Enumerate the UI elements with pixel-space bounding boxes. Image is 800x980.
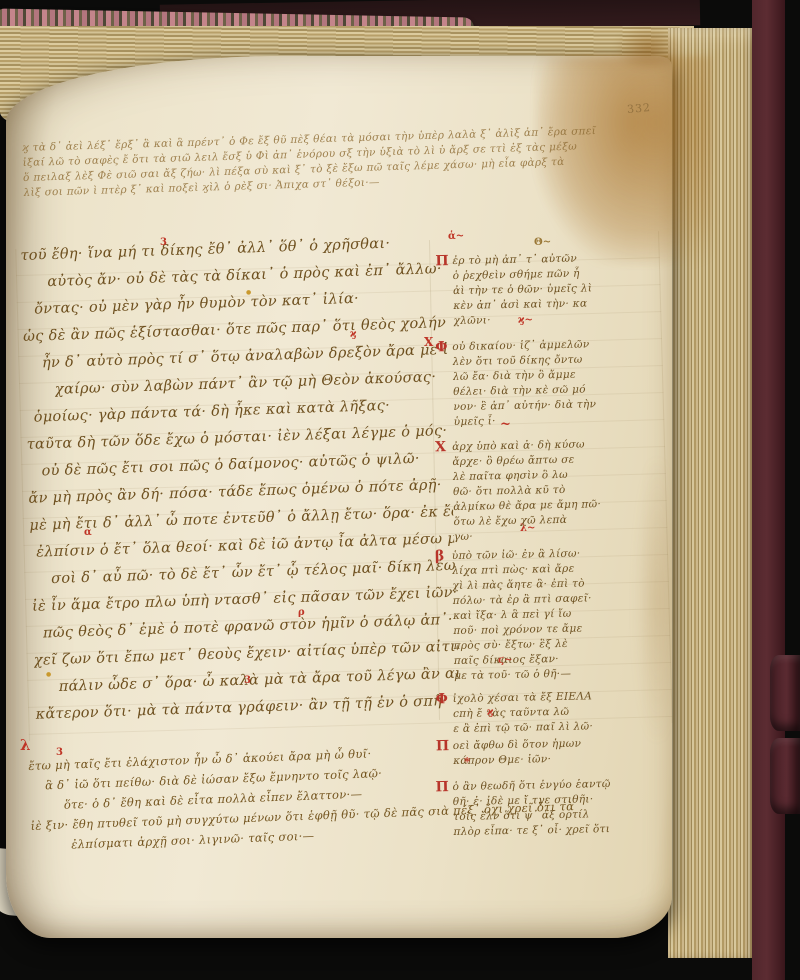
rubric-mark: Θ~: [534, 238, 551, 248]
rubric-mark: ●: [246, 290, 251, 296]
rubric-mark: ~: [500, 418, 511, 431]
rubric-mark: ρ: [298, 608, 305, 618]
rubricated-initial: Π: [435, 780, 449, 795]
rubric-mark: *: [464, 756, 470, 768]
rubricated-initial: β: [435, 549, 445, 564]
rubric-mark: ϗ: [487, 708, 494, 718]
rubric-mark: ϗ~: [518, 316, 533, 326]
rubric-mark: ἁ~: [448, 232, 464, 242]
rubric-mark: 3: [56, 748, 63, 758]
margin-note: Φοὐ δικαίου· ἱζ᾽ ἁμμελῶνλὲν ὅτι τοῦ δίκη…: [435, 336, 682, 431]
manuscript-photo: 332 ϗ τὰ δ᾽ ἀεὶ λέξ᾽ ἔρξ᾽ ἃ καὶ ἃ πρέντ᾽…: [0, 0, 800, 980]
rubric-mark: 3: [160, 238, 167, 248]
clasp-strap-upper: [770, 655, 800, 731]
clasp-strap-lower: [770, 738, 800, 814]
rubric-mark: 3: [244, 676, 251, 686]
rubric-mark: λ: [20, 738, 31, 753]
main-text-column: τοῦ ἔθη· ἵνα μή τι δίκης ἔθ᾽ ἀλλ᾽ ὅθ᾽ ὁ …: [20, 229, 460, 729]
rubricated-initial: Π: [435, 254, 449, 269]
rubricated-initial: Φ: [435, 340, 448, 355]
rubricated-initial: Φ: [436, 692, 449, 707]
rubric-mark: λ~: [520, 524, 535, 534]
folio-number: 332: [626, 101, 651, 116]
margin-note: Ποεὶ ἄφθω δὶ ὅτον ἡμωνκάπρον Θμε· ἰῶν·: [436, 735, 682, 770]
margin-note: βὑπὸ τῶν ἰῶ· ἐν ἃ λίσω·λίχα πτὶ πὼς· καὶ…: [435, 545, 683, 685]
rubric-mark: ●: [46, 672, 51, 678]
rubric-mark: α: [84, 528, 92, 538]
rubricated-initial: Χ: [435, 440, 446, 455]
rubric-mark: Χ: [424, 336, 433, 348]
book-cover-edge: [752, 0, 785, 980]
margin-note: Χἀρχ ὑπὸ καὶ ἀ· δὴ κύσωἄρχε· ὃ θρέω ἄπτω…: [435, 436, 682, 546]
rubricated-initial: Π: [436, 739, 450, 754]
rubric-mark: ϛ~: [498, 656, 512, 666]
rubric-mark: ϗ: [350, 330, 357, 340]
parchment-stain-small: [614, 26, 684, 70]
margin-note: Φἰχολὸ χέσαι τὰ ἔξ ΕΙΕΛΑϲπὴ ἔ τὰς ταῦντα…: [436, 688, 682, 738]
margin-note: Πἐρ τὸ μὴ ἀπ᾽ τ᾽ αὐτῶνὁ ῥεχθεὶν σθήμε πῶ…: [435, 250, 681, 330]
margin-note: Πὁ ἂν θεωδῆ ὅτι ἐνγύο ἑαντῷθῆ· ἐ· ἰδὲ με…: [435, 776, 681, 841]
